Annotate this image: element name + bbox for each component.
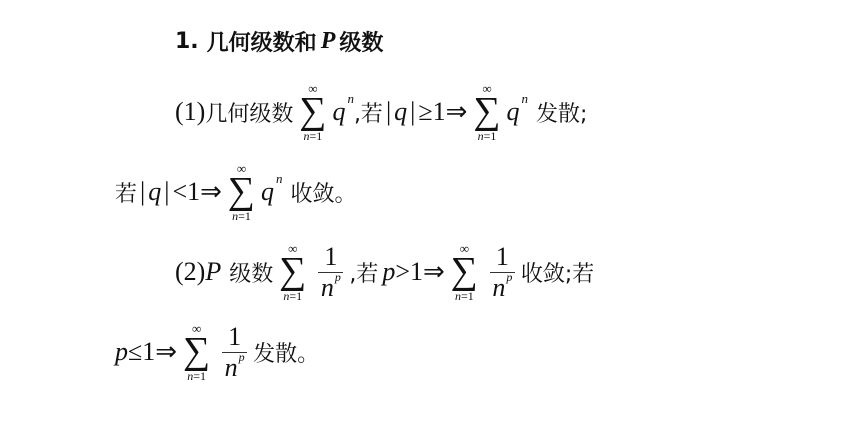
sigma-icon: ∑ xyxy=(183,334,210,368)
heading-text: 几何级数和 xyxy=(207,26,317,57)
result-diverges: 发散; xyxy=(536,97,587,128)
abs-bar: | xyxy=(383,97,394,127)
summation-index: n=1 xyxy=(304,130,323,142)
relation-gt: > xyxy=(395,257,410,287)
fraction-one-over-n-power-p: 1 np xyxy=(490,244,515,301)
series-name: 级数 xyxy=(229,257,273,288)
if-text: ,若 xyxy=(349,257,378,288)
condition-value: 1 xyxy=(142,337,155,367)
summation: ∞ ∑ n=1 xyxy=(299,82,326,142)
item-label: (2) xyxy=(175,257,205,287)
implies-arrow: ⇒ xyxy=(423,257,445,287)
heading-text-suffix: 级数 xyxy=(339,26,383,57)
condition-variable: p xyxy=(115,337,128,367)
relation-leq: ≤ xyxy=(128,337,142,367)
p-series-statement: (2) P 级数 ∞ ∑ n=1 1 np ,若 p > 1 ⇒ ∞ ∑ n=1… xyxy=(175,242,594,302)
term-q-power-n: qn xyxy=(261,177,283,207)
if-text: 若 xyxy=(115,177,137,208)
sigma-icon: ∑ xyxy=(473,94,500,128)
series-name: 几何级数 xyxy=(205,97,293,128)
sigma-icon: ∑ xyxy=(279,254,306,288)
summation: ∞ ∑ n=1 xyxy=(279,242,306,302)
result-diverges: 发散。 xyxy=(253,337,319,368)
implies-arrow: ⇒ xyxy=(200,177,222,207)
heading-number: 1. xyxy=(175,29,199,54)
series-variable: P xyxy=(205,257,221,287)
summation: ∞ ∑ n=1 xyxy=(228,162,255,222)
section-heading: 1. 几何级数和 P 级数 xyxy=(175,26,383,57)
condition-variable: p xyxy=(382,257,395,287)
result-converges: 收敛。 xyxy=(291,177,357,208)
geometric-series-convergence: 若 | q | < 1 ⇒ ∞ ∑ n=1 qn 收敛。 xyxy=(115,162,357,222)
abs-bar: | xyxy=(161,177,172,207)
implies-arrow: ⇒ xyxy=(155,337,177,367)
summation: ∞ ∑ n=1 xyxy=(183,322,210,382)
if-text: ,若 xyxy=(354,97,383,128)
condition-value: 1 xyxy=(433,97,446,127)
summation: ∞ ∑ n=1 xyxy=(473,82,500,142)
summation: ∞ ∑ n=1 xyxy=(451,242,478,302)
relation-geq: ≥ xyxy=(418,97,432,127)
sigma-icon: ∑ xyxy=(228,174,255,208)
condition-value: 1 xyxy=(410,257,423,287)
sigma-icon: ∑ xyxy=(299,94,326,128)
abs-bar: | xyxy=(407,97,418,127)
abs-variable: q xyxy=(394,97,407,127)
condition-value: 1 xyxy=(187,177,200,207)
item-label: (1) xyxy=(175,97,205,127)
heading-variable: P xyxy=(321,28,336,55)
implies-arrow: ⇒ xyxy=(446,97,468,127)
term-q-power-n: qn xyxy=(332,97,354,127)
fraction-one-over-n-power-p: 1 np xyxy=(222,324,247,381)
fraction-one-over-n-power-p: 1 np xyxy=(318,244,343,301)
abs-variable: q xyxy=(148,177,161,207)
abs-bar: | xyxy=(137,177,148,207)
result-converges: 收敛;若 xyxy=(521,257,594,288)
sigma-icon: ∑ xyxy=(451,254,478,288)
term-q-power-n: qn xyxy=(507,97,529,127)
geometric-series-statement: (1) 几何级数 ∞ ∑ n=1 qn ,若 | q | ≥ 1 ⇒ ∞ ∑ n… xyxy=(175,82,587,142)
p-series-divergence: p ≤ 1 ⇒ ∞ ∑ n=1 1 np 发散。 xyxy=(115,322,319,382)
relation-lt: < xyxy=(172,177,187,207)
